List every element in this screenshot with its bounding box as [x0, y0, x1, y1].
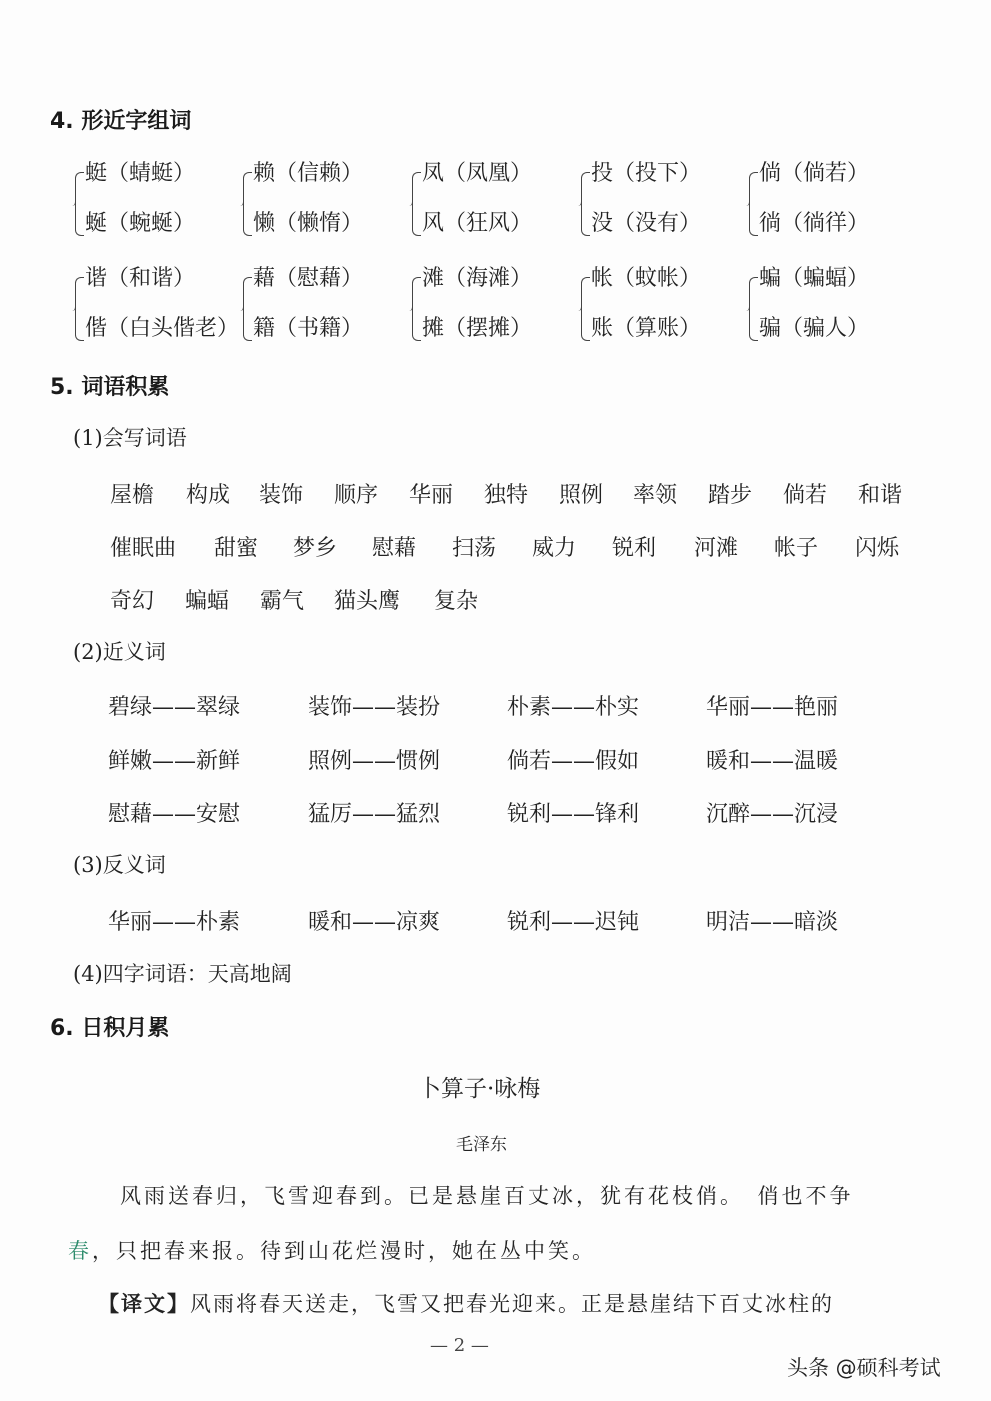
antonym-pair: 明洁——暗淡	[706, 905, 838, 936]
watermark: 头条 @硕科考试	[787, 1352, 941, 1382]
section-4-heading: 4. 形近字组词	[50, 104, 191, 135]
vocab-word: 华丽	[409, 478, 453, 509]
vocab-word: 复杂	[434, 584, 478, 615]
vocab-word: 甜蜜	[214, 531, 258, 562]
brace-icon	[75, 277, 84, 341]
vocab-word: 慰藉	[372, 531, 416, 562]
char-bottom: 蜒（蜿蜒）	[85, 206, 195, 237]
vocab-word: 装饰	[259, 478, 303, 509]
vocab-word: 奇幻	[110, 584, 154, 615]
part-3-title: (3)反义词	[73, 849, 166, 879]
char-bottom: 摊（摆摊）	[422, 311, 532, 342]
poem-line-2-first-char: 春	[68, 1239, 92, 1263]
vocab-word: 梦乡	[293, 531, 337, 562]
char-top: 凤（凤凰）	[422, 156, 532, 187]
poem-line-1: 风雨送春归，飞雪迎春到。已是悬崖百丈冰，犹有花枝俏。 俏也不争	[120, 1180, 854, 1210]
vocab-word: 河滩	[694, 531, 738, 562]
char-bottom: 风（狂风）	[422, 206, 532, 237]
brace-icon	[243, 277, 252, 341]
vocab-word: 屋檐	[110, 478, 154, 509]
vocab-word: 蝙蝠	[185, 584, 229, 615]
vocab-word: 催眠曲	[110, 531, 176, 562]
char-top: 谐（和谐）	[85, 261, 195, 292]
poem-line-2: 春，只把春来报。待到山花烂漫时，她在丛中笑。	[68, 1235, 596, 1265]
brace-icon	[243, 172, 252, 236]
translation: 【译文】风雨将春天送走，飞雪又把春光迎来。正是悬崖结下百丈冰柱的	[98, 1288, 834, 1318]
char-bottom: 没（没有）	[591, 206, 701, 237]
char-top: 滩（海滩）	[422, 261, 532, 292]
brace-icon	[412, 172, 421, 236]
brace-icon	[75, 172, 84, 236]
vocab-word: 扫荡	[452, 531, 496, 562]
translation-tag: 【译文】	[98, 1292, 190, 1316]
brace-icon	[749, 277, 758, 341]
char-top: 赖（信赖）	[253, 156, 363, 187]
char-bottom: 籍（书籍）	[253, 311, 363, 342]
char-bottom: 骗（骗人）	[759, 311, 869, 342]
char-top: 倘（倘若）	[759, 156, 869, 187]
synonym-pair: 装饰——装扮	[308, 690, 440, 721]
antonym-pair: 暖和——凉爽	[308, 905, 440, 936]
char-top: 帐（蚊帐）	[591, 261, 701, 292]
vocab-word: 顺序	[334, 478, 378, 509]
char-bottom: 账（算账）	[591, 311, 701, 342]
synonym-pair: 锐利——锋利	[507, 797, 639, 828]
vocab-word: 和谐	[858, 478, 902, 509]
brace-icon	[581, 277, 590, 341]
poem-author: 毛泽东	[456, 1130, 507, 1155]
vocab-word: 率领	[633, 478, 677, 509]
synonym-pair: 华丽——艳丽	[706, 690, 838, 721]
vocab-word: 猫头鹰	[334, 584, 400, 615]
synonym-pair: 鲜嫩——新鲜	[108, 744, 240, 775]
brace-icon	[749, 172, 758, 236]
char-bottom: 偕（白头偕老）	[85, 311, 239, 342]
synonym-pair: 沉醉——沉浸	[706, 797, 838, 828]
vocab-word: 倘若	[783, 478, 827, 509]
part-1-title: (1)会写词语	[73, 422, 187, 452]
vocab-word: 霸气	[260, 584, 304, 615]
vocab-word: 帐子	[774, 531, 818, 562]
section-6-heading: 6. 日积月累	[50, 1011, 169, 1042]
vocab-word: 锐利	[612, 531, 656, 562]
synonym-pair: 倘若——假如	[507, 744, 639, 775]
vocab-word: 威力	[532, 531, 576, 562]
char-top: 藉（慰藉）	[253, 261, 363, 292]
brace-icon	[412, 277, 421, 341]
char-top: 投（投下）	[591, 156, 701, 187]
vocab-word: 照例	[559, 478, 603, 509]
synonym-pair: 猛厉——猛烈	[308, 797, 440, 828]
page-number: — 2 —	[430, 1335, 489, 1356]
synonym-pair: 暖和——温暖	[706, 744, 838, 775]
synonym-pair: 朴素——朴实	[507, 690, 639, 721]
antonym-pair: 锐利——迟钝	[507, 905, 639, 936]
antonym-pair: 华丽——朴素	[108, 905, 240, 936]
section-5-heading: 5. 词语积累	[50, 370, 169, 401]
char-bottom: 徜（徜徉）	[759, 206, 869, 237]
char-bottom: 懒（懒惰）	[253, 206, 363, 237]
char-top: 蝙（蝙蝠）	[759, 261, 869, 292]
vocab-word: 独特	[484, 478, 528, 509]
poem-line-2-rest: ，只把春来报。待到山花烂漫时，她在丛中笑。	[92, 1239, 596, 1263]
part-4-title: (4)四字词语：天高地阔	[73, 958, 292, 988]
poem-title: 卜算子·咏梅	[418, 1070, 540, 1103]
synonym-pair: 照例——惯例	[308, 744, 440, 775]
synonym-pair: 慰藉——安慰	[108, 797, 240, 828]
translation-text: 风雨将春天送走，飞雪又把春光迎来。正是悬崖结下百丈冰柱的	[190, 1292, 834, 1316]
vocab-word: 构成	[186, 478, 230, 509]
synonym-pair: 碧绿——翠绿	[108, 690, 240, 721]
vocab-word: 闪烁	[855, 531, 899, 562]
part-2-title: (2)近义词	[73, 636, 166, 666]
char-top: 蜓（蜻蜓）	[85, 156, 195, 187]
vocab-word: 踏步	[708, 478, 752, 509]
brace-icon	[581, 172, 590, 236]
